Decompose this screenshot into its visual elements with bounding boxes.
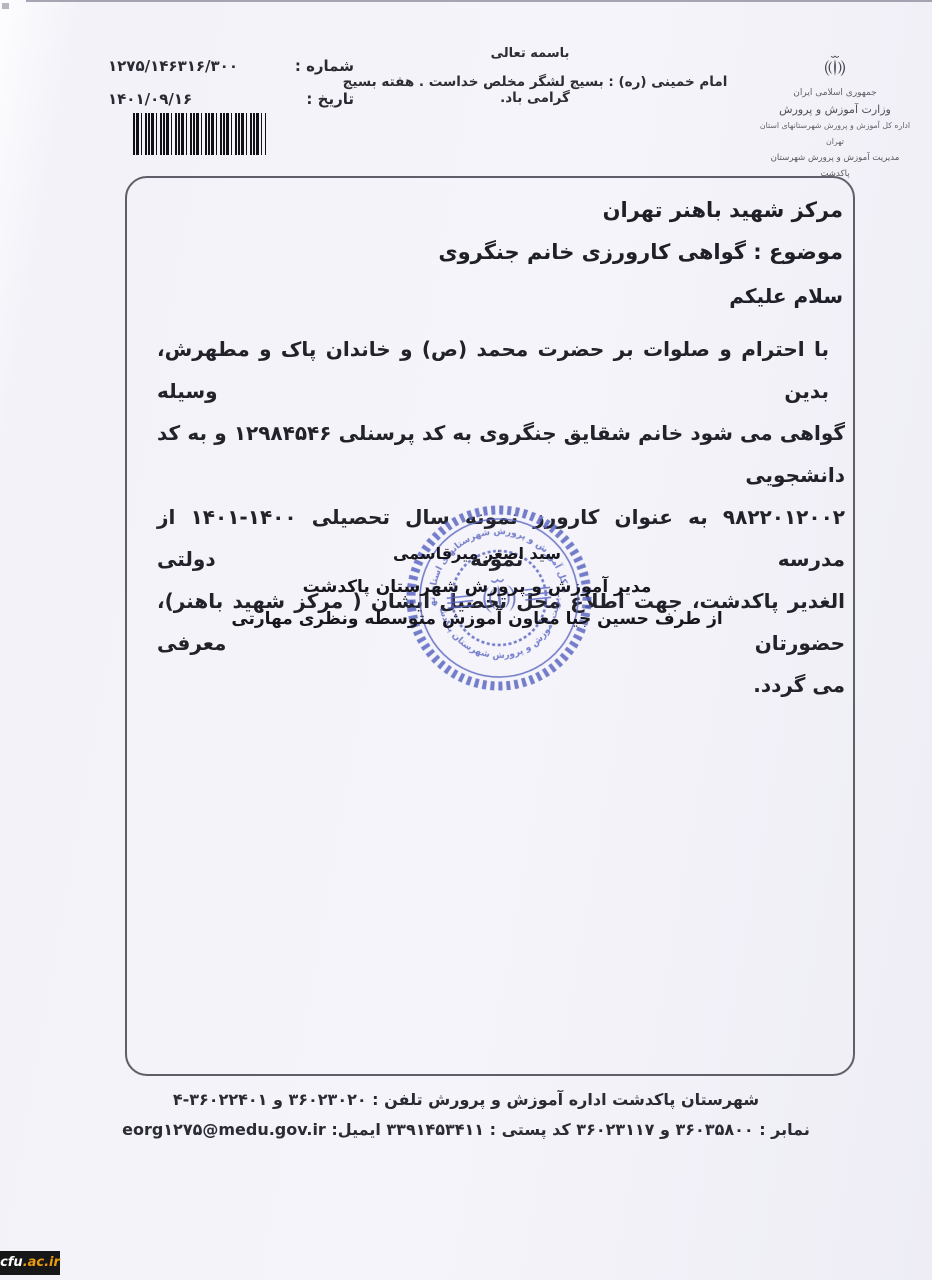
date-value: ۱۴۰۱/۰۹/۱۶ xyxy=(108,90,192,108)
org-department: اداره کل آموزش و پرورش شهرستانهای استان … xyxy=(758,118,912,150)
official-round-stamp: اداره کل آموزش و پرورش شهرستانهای استان … xyxy=(389,488,609,708)
letter-salutation: سلام علیکم xyxy=(729,284,843,308)
ref-number-row: شماره : ۱۲۷۵/۱۴۶۳۱۶/۳۰۰ xyxy=(108,57,354,75)
footer-email-value: eorg۱۲۷۵@medu.gov.ir xyxy=(122,1120,326,1139)
org-ministry: وزارت آموزش و پرورش xyxy=(758,101,912,118)
org-letterhead: جمهوری اسلامی ایران وزارت آموزش و پرورش … xyxy=(758,52,912,182)
footer-address-phone: شهرستان پاکدشت اداره آموزش و پرورش تلفن … xyxy=(0,1090,932,1109)
header-slogan: امام خمینی (ره) : بسیج لشگر مخلص خداست .… xyxy=(330,74,740,106)
ref-number-label: شماره : xyxy=(295,57,354,75)
watermark-site-tld: .ac.ir xyxy=(23,1251,60,1275)
scan-edge-line xyxy=(26,0,932,2)
signer-deputy: از طرف حسین جیا معاون آموزش متوسطه ونظری… xyxy=(217,609,737,629)
besmele-text: باسمه تعالی xyxy=(380,46,680,61)
cfu-watermark-badge: cfu.ac.ir xyxy=(0,1251,60,1275)
body-line: با احترام و صلوات بر حضرت محمد (ص) و خان… xyxy=(157,328,845,412)
footer-email-label: ایمیل: xyxy=(331,1120,380,1139)
body-line: گواهی می شود خانم شقایق جنگروی به کد پرس… xyxy=(157,412,845,496)
barcode xyxy=(133,113,266,155)
signer-name: سید اصغر میرقاسمی xyxy=(217,544,737,563)
letter-recipient: مرکز شهید باهنر تهران xyxy=(603,198,843,222)
signer-title: مدیر آموزش و پرورش شهرستان پاکدشت xyxy=(217,577,737,597)
scan-corner-artifact xyxy=(2,3,9,9)
letter-subject: موضوع : گواهی کارورزی خانم جنگروی xyxy=(438,240,843,264)
iran-emblem-icon xyxy=(758,52,912,86)
date-row: تاریخ : ۱۴۰۱/۰۹/۱۶ xyxy=(108,90,354,108)
footer-fax-email: نمابر : ۳۶۰۳۵۸۰۰ و ۳۶۰۲۳۱۱۷ کد پستی : ۳۳… xyxy=(0,1120,932,1139)
scanned-letter-page: { "colors":{ "paper":"#f4f3f9", "ink":"#… xyxy=(0,0,932,1280)
watermark-site-name: cfu xyxy=(0,1251,23,1275)
org-country: جمهوری اسلامی ایران xyxy=(758,86,912,101)
ref-number-value: ۱۲۷۵/۱۴۶۳۱۶/۳۰۰ xyxy=(108,57,238,75)
footer-fax-postal: نمابر : ۳۶۰۳۵۸۰۰ و ۳۶۰۲۳۱۱۷ کد پستی : ۳۳… xyxy=(386,1120,809,1139)
letter-frame: مرکز شهید باهنر تهران موضوع : گواهی کارو… xyxy=(125,176,855,1076)
